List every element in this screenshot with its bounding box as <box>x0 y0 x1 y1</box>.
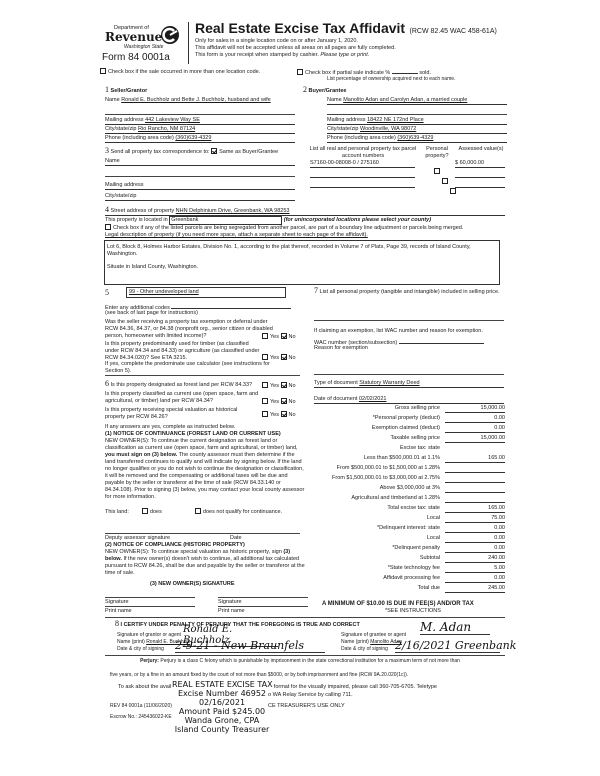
grantee-name-row: Name (print) Manolito Adan <box>341 639 402 645</box>
new-owner-title: (3) NEW OWNER(S) SIGNATURE <box>150 581 235 588</box>
s5-q2-yes-checkbox[interactable] <box>262 354 268 360</box>
property-street-row: 4 Street address of property NHN Delphin… <box>105 206 505 216</box>
notice2-text: NEW OWNER(S): To continue special valuat… <box>105 549 305 577</box>
stamp-line-4: Amount Paid $245.00 <box>172 707 272 716</box>
rev-code: REV 84 0001a (11/06/2020) <box>110 703 172 709</box>
certify-top-line <box>105 617 505 618</box>
land-use-select[interactable]: 99 - Other undeveloped land <box>126 287 286 298</box>
buyer-phone-field[interactable]: (360)639-4329 <box>397 135 433 141</box>
tax-row-value[interactable]: 0.00 <box>445 425 505 433</box>
partial-sale-percent-field[interactable] <box>392 68 418 74</box>
s5-q1-yes-checkbox[interactable] <box>262 333 268 339</box>
section5-number: 5 <box>105 288 109 297</box>
personal-header: Personal property? <box>420 146 454 160</box>
tax-row-label: Local <box>282 515 440 522</box>
same-as-buyer-checkbox[interactable] <box>211 148 217 154</box>
personal-property-checkbox[interactable] <box>434 168 440 174</box>
seller-heading: 1 Seller/Grantor <box>105 86 147 95</box>
tax-row-value[interactable]: 0.00 <box>445 415 505 423</box>
grantee-signature[interactable]: M. Adan <box>420 620 490 635</box>
s5-q2-note: If yes, complete the predominate use cal… <box>105 361 285 375</box>
legal-label: Legal description of property (if you ne… <box>105 232 368 239</box>
s5-q1: Was the seller receiving a property tax … <box>105 319 273 340</box>
parcel-header: List all real and personal property tax … <box>307 146 419 160</box>
s5-q2-no-checkbox[interactable] <box>281 354 287 360</box>
corr-name-line2 <box>105 176 295 177</box>
dor-swoosh-icon <box>160 25 180 45</box>
tax-row-label: Gross selling price <box>282 405 440 412</box>
seller-city-field[interactable]: Rio Rancho, NM 87124 <box>138 126 195 132</box>
s6-if-yes: If any answers are yes, complete as inst… <box>105 424 235 431</box>
this-land-row: This land: does does not qualify for con… <box>105 508 282 516</box>
buyer-city-row: City/state/zip Woodinville, WA 98072 <box>327 126 507 134</box>
land-does-checkbox[interactable] <box>142 508 148 514</box>
correspondence-row: 3 Send all property tax correspondence t… <box>105 147 278 156</box>
wac-number-field[interactable] <box>399 338 484 344</box>
owner-sig-line-1 <box>105 597 195 598</box>
seller-mailing-row: Mailing address 442 Lakeview Way SE <box>105 117 295 125</box>
partial-sale-checkbox[interactable] <box>297 69 303 75</box>
doc-type-row: Type of document Statutory Warranty Deed <box>314 380 504 388</box>
treasurer-use-only: CE TREASURER'S USE ONLY <box>268 703 345 710</box>
parcel-number-field[interactable]: S7160-00-08008-0 / 275160 <box>310 160 415 168</box>
s5-q1-no-checkbox[interactable] <box>281 333 287 339</box>
tax-row-label: Affidavit processing fee <box>282 575 440 582</box>
tax-row-label: Taxable selling price <box>282 435 440 442</box>
tax-row-label: From $1,500,000.01 to $3,000,000 at 2.75… <box>282 475 440 482</box>
s6-q1-no-checkbox[interactable] <box>281 382 287 388</box>
corr-mailing-row: Mailing address <box>105 182 295 190</box>
corr-city-row: City/state/zip <box>105 193 295 201</box>
owner-print-label-1: Print name <box>105 608 132 615</box>
seller-mailing-field[interactable]: 442 Lakeview Way SE <box>145 117 200 123</box>
grantor-date-label: Date & city of signing <box>117 646 164 652</box>
tax-row-label: Total due <box>282 585 440 592</box>
tax-row-label: From $500,000.01 to $1,500,000 at 1.28% <box>282 465 440 472</box>
s5-q1-answer: Yes No <box>262 333 296 341</box>
seller-phone-row: Phone (including area code) (360)639-432… <box>105 135 295 143</box>
tax-row-label: Exemption claimed (deduct) <box>282 425 440 432</box>
dept-name: Revenue <box>105 30 162 44</box>
form-number: Form 84 0001a <box>102 52 170 63</box>
owner-sig-line-2 <box>218 597 308 598</box>
tax-row-value[interactable]: 0.00 <box>445 525 505 533</box>
s6-q3: Is this property receiving special valua… <box>105 407 245 421</box>
buyer-name-row: Name Manolito Adan and Carolyn Adan, a m… <box>327 97 507 105</box>
seller-name-field[interactable]: Ronald E. Buchholz and Bette J. Buchholz… <box>121 97 271 103</box>
tax-row-label: Total excise tax: state <box>282 505 440 512</box>
tax-row-value[interactable] <box>445 475 505 483</box>
parcel-number-field[interactable] <box>310 170 415 178</box>
stamp-line-3: 02/16/2021 <box>172 698 272 707</box>
tax-row-value[interactable]: 165.00 <box>445 505 505 513</box>
buyer-mailing-row: Mailing address 18422 NE 172nd Place <box>327 117 507 125</box>
perjury-text-1: Perjury: Perjury is a class C felony whi… <box>120 658 480 664</box>
legal-description-box[interactable]: Lot 6, Block 8, Holmes Harbor Estates, D… <box>104 240 500 285</box>
multi-location-checkbox[interactable] <box>100 68 106 74</box>
header-note-2: This affidavit will not be accepted unle… <box>195 45 396 52</box>
title-ref: (RCW 82.45 WAC 458-61A) <box>410 28 497 35</box>
tax-row-value[interactable] <box>445 485 505 493</box>
owner-sig-label-1: Signature <box>105 599 129 606</box>
tax-row-value[interactable]: 75.00 <box>445 515 505 523</box>
tax-row-value[interactable]: 165.00 <box>445 455 505 463</box>
tax-row-value[interactable] <box>445 465 505 473</box>
tax-row-value[interactable] <box>445 495 505 503</box>
tax-row-label: Agricultural and timberland at 1.28% <box>282 495 440 502</box>
stamp-line-2: Excise Number 46952 <box>172 689 272 698</box>
stamp-line-6: Island County Treasurer <box>172 725 272 734</box>
additional-codes-field[interactable] <box>171 303 291 309</box>
notice2-title: (2) NOTICE OF COMPLIANCE (HISTORIC PROPE… <box>105 542 245 549</box>
s7-personal-property: 7 List all personal property (tangible a… <box>314 287 504 296</box>
owner-print-label-2: Print name <box>218 608 245 615</box>
multi-location-check[interactable]: Check box if the sale occurred in more t… <box>100 68 260 76</box>
owner-print-line-1 <box>105 606 195 607</box>
tax-row-label: *Delinquent interest: state <box>282 525 440 532</box>
accessibility-c: o WA Relay Service by calling 711. <box>268 692 353 699</box>
grantee-date-field[interactable]: 2/16/2021 Greenbank <box>395 639 500 653</box>
dept-state: Washington State <box>124 44 163 50</box>
doc-date-row: Date of document 02/02/2021 <box>314 396 504 404</box>
see-instructions: *SEE INSTRUCTIONS <box>385 608 441 615</box>
land-does-not-checkbox[interactable] <box>195 508 201 514</box>
tax-row-label: Local <box>282 535 440 542</box>
stamp-line-1: REAL ESTATE EXCISE TAX <box>172 680 272 689</box>
seller-name-line2 <box>105 114 295 115</box>
property-street-field[interactable]: NHN Delphinium Drive, Greenbank, WA 9825… <box>176 208 290 214</box>
buyer-name-field[interactable]: Manolito Adan and Carolyn Adan, a marrie… <box>343 97 467 103</box>
partial-sale-sublabel: List percentage of ownership acquired ne… <box>327 76 455 82</box>
s7-reason-label: Reason for exemption <box>314 345 368 352</box>
tax-row-value[interactable]: 0.00 <box>445 545 505 553</box>
tax-row-label: *Delinquent penalty <box>282 545 440 552</box>
seller-city-row: City/state/zip Rio Rancho, NM 87124 <box>105 126 295 134</box>
tax-row-label: *Personal property (deduct) <box>282 415 440 422</box>
parcel-rows: S7160-00-08008-0 / 275160$ 60,000.00 <box>0 0 600 18</box>
tax-row-value[interactable]: 240.00 <box>445 555 505 563</box>
buyer-name-line2 <box>327 114 507 115</box>
seller-phone-field[interactable]: (360)639-4329 <box>175 135 211 141</box>
assessed-value-field[interactable] <box>455 170 505 178</box>
notice1-title: (1) NOTICE OF CONTINUANCE (FOREST LAND O… <box>105 431 281 438</box>
doc-type-field[interactable]: Statutory Warranty Deed <box>359 380 419 386</box>
personal-property-checkbox[interactable] <box>450 188 456 194</box>
header-note-1: Only for sales in a single location code… <box>195 38 358 45</box>
segregate-check[interactable]: Check box if any of the listed parcels a… <box>105 224 463 232</box>
assessed-header: Assessed value(s) <box>456 146 506 153</box>
corr-name-row: Name <box>105 158 295 166</box>
parcel-number-field[interactable] <box>310 180 415 188</box>
tax-row-value[interactable]: 15,000.00 <box>445 405 505 413</box>
s6-q1-yes-checkbox[interactable] <box>262 382 268 388</box>
s6-q2-yes-checkbox[interactable] <box>262 398 268 404</box>
assessed-value-field[interactable] <box>455 180 505 188</box>
treasurer-stamp: REAL ESTATE EXCISE TAX Excise Number 469… <box>172 680 272 734</box>
tax-row-label: Less than $500,000.01 at 1.1% <box>282 455 440 462</box>
s6-q2-no-checkbox[interactable] <box>281 398 287 404</box>
personal-property-checkbox[interactable] <box>442 178 448 184</box>
tax-row-value[interactable]: 245.00 <box>445 585 505 593</box>
grantor-sig-label: Signature of grantor or agent <box>117 632 181 638</box>
s6-q1-answer: Yes No <box>262 382 296 390</box>
title-text: Real Estate Excise Tax Affidavit <box>195 20 405 36</box>
grantee-date-label: Date & city of signing <box>341 646 388 652</box>
s7-exemption-label: If claiming an exemption, list WAC numbe… <box>314 328 483 335</box>
grantee-sig-label: Signature of grantee or agent <box>341 632 406 638</box>
s5-divider <box>105 375 300 376</box>
assessed-value-field[interactable]: $ 60,000.00 <box>455 160 505 168</box>
deputy-date-label: Date <box>230 535 242 542</box>
owner-sig-label-2: Signature <box>218 599 242 606</box>
minimum-note: A MINIMUM OF $10.00 IS DUE IN FEE(S) AND… <box>322 601 474 608</box>
buyer-heading: 2 Buyer/Grantee <box>303 86 346 95</box>
s6-q1: 6 Is this property designated as forest … <box>105 380 265 389</box>
certify-bottom-line <box>105 655 505 656</box>
header-note-3: This form is your receipt when stamped b… <box>195 52 369 59</box>
owner-print-line-2 <box>218 606 308 607</box>
tax-row-value[interactable]: 5.00 <box>445 565 505 573</box>
grantor-date-field[interactable]: 2-9-21 - New Braunfels <box>175 639 325 653</box>
s7-reason-line <box>314 374 504 375</box>
additional-codes-note: (see back of last page for instructions) <box>105 310 198 317</box>
buyer-mailing-field[interactable]: 18422 NE 172nd Place <box>367 117 424 123</box>
s5-q2: Is this property predominantly used for … <box>105 341 263 362</box>
tax-row-label: Excise tax: state <box>282 445 440 452</box>
tax-row-label: Above $3,000,000 at 3% <box>282 485 440 492</box>
buyer-phone-row: Phone (including area code) (360)639-432… <box>327 135 507 143</box>
accessibility-b: le format for the visually impaired, ple… <box>268 684 437 691</box>
buyer-city-field[interactable]: Woodinville, WA 98072 <box>360 126 416 132</box>
s6-q2: Is this property classified as current u… <box>105 391 265 405</box>
tax-row-label: *State technology fee <box>282 565 440 572</box>
tax-row-value[interactable]: 0.00 <box>445 535 505 543</box>
stamp-line-5: Wanda Grone, CPA <box>172 716 272 725</box>
doc-date-field[interactable]: 02/02/2021 <box>359 396 387 402</box>
tax-row-value[interactable]: 0.00 <box>445 575 505 583</box>
tax-row-label: Subtotal <box>282 555 440 562</box>
header-divider <box>188 22 189 64</box>
deputy-sig-label: Deputy assessor signature <box>105 535 170 542</box>
seller-name-row: Name Ronald E. Buchholz and Bette J. Buc… <box>105 97 295 104</box>
escrow-row: Escrow No.: 245436022-KE <box>110 714 172 720</box>
accessibility-a: To ask about the avail <box>118 684 171 691</box>
notice1-text: NEW OWNER(S): To continue the current de… <box>105 438 305 501</box>
form-title: Real Estate Excise Tax Affidavit (RCW 82… <box>195 20 497 38</box>
segregate-checkbox[interactable] <box>105 224 111 230</box>
deputy-sig-line <box>105 533 300 534</box>
tax-row-value[interactable]: 15,000.00 <box>445 435 505 443</box>
s6-q3-yes-checkbox[interactable] <box>262 411 268 417</box>
perjury-text-2: five years, or by a fine in an amount fi… <box>110 672 408 678</box>
s7-personal-line <box>314 320 504 321</box>
